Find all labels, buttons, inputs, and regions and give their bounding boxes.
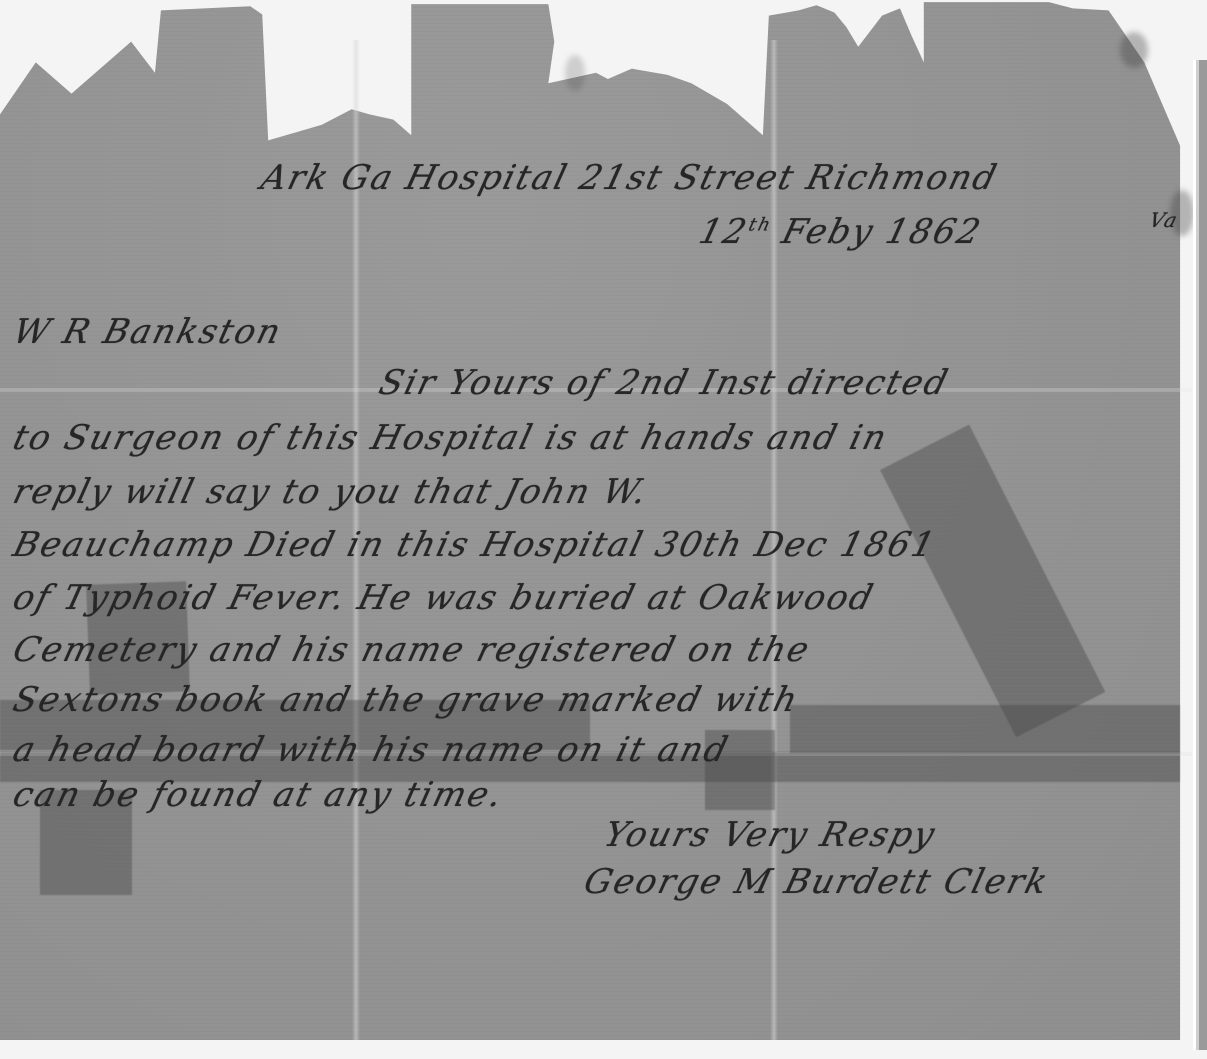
letter-date: 12th Feby 1862 [695,212,986,252]
letter-heading-location: Ark Ga Hospital 21st Street Richmond [257,158,1002,198]
location-text: Ark Ga Hospital 21st Street Richmond [257,158,1002,198]
scanner-edge [1193,60,1207,1050]
body-line-5: of Typhoid Fever. He was buried at Oakwo… [9,578,879,618]
date-rest: Feby 1862 [778,212,986,252]
state-abbrev: Va [1147,208,1182,232]
scanned-letter: Ark Ga Hospital 21st Street Richmond Va … [0,0,1207,1059]
body-line-2: to Surgeon of this Hospital is at hands … [9,418,892,458]
water-stain [565,55,585,91]
date-day: 12 [695,212,752,252]
body-line-8: a head board with his name on it and [9,730,733,770]
tape-stain [790,705,1180,753]
body-line-3: reply will say to you that John W. [9,472,652,512]
body-line-1: Sir Yours of 2nd Inst directed [375,363,953,403]
date-suffix: th [746,215,774,236]
closing: Yours Very Respy [600,815,940,855]
body-line-6: Cemetery and his name registered on the [9,630,815,670]
ink-spot [1120,32,1148,68]
recipient-name: W R Bankston [9,312,286,352]
body-line-9: can be found at any time. [9,775,508,815]
body-line-7: Sextons book and the grave marked with [9,680,803,720]
body-line-4: Beauchamp Died in this Hospital 30th Dec… [9,525,941,565]
signature: George M Burdett Clerk [580,862,1053,902]
